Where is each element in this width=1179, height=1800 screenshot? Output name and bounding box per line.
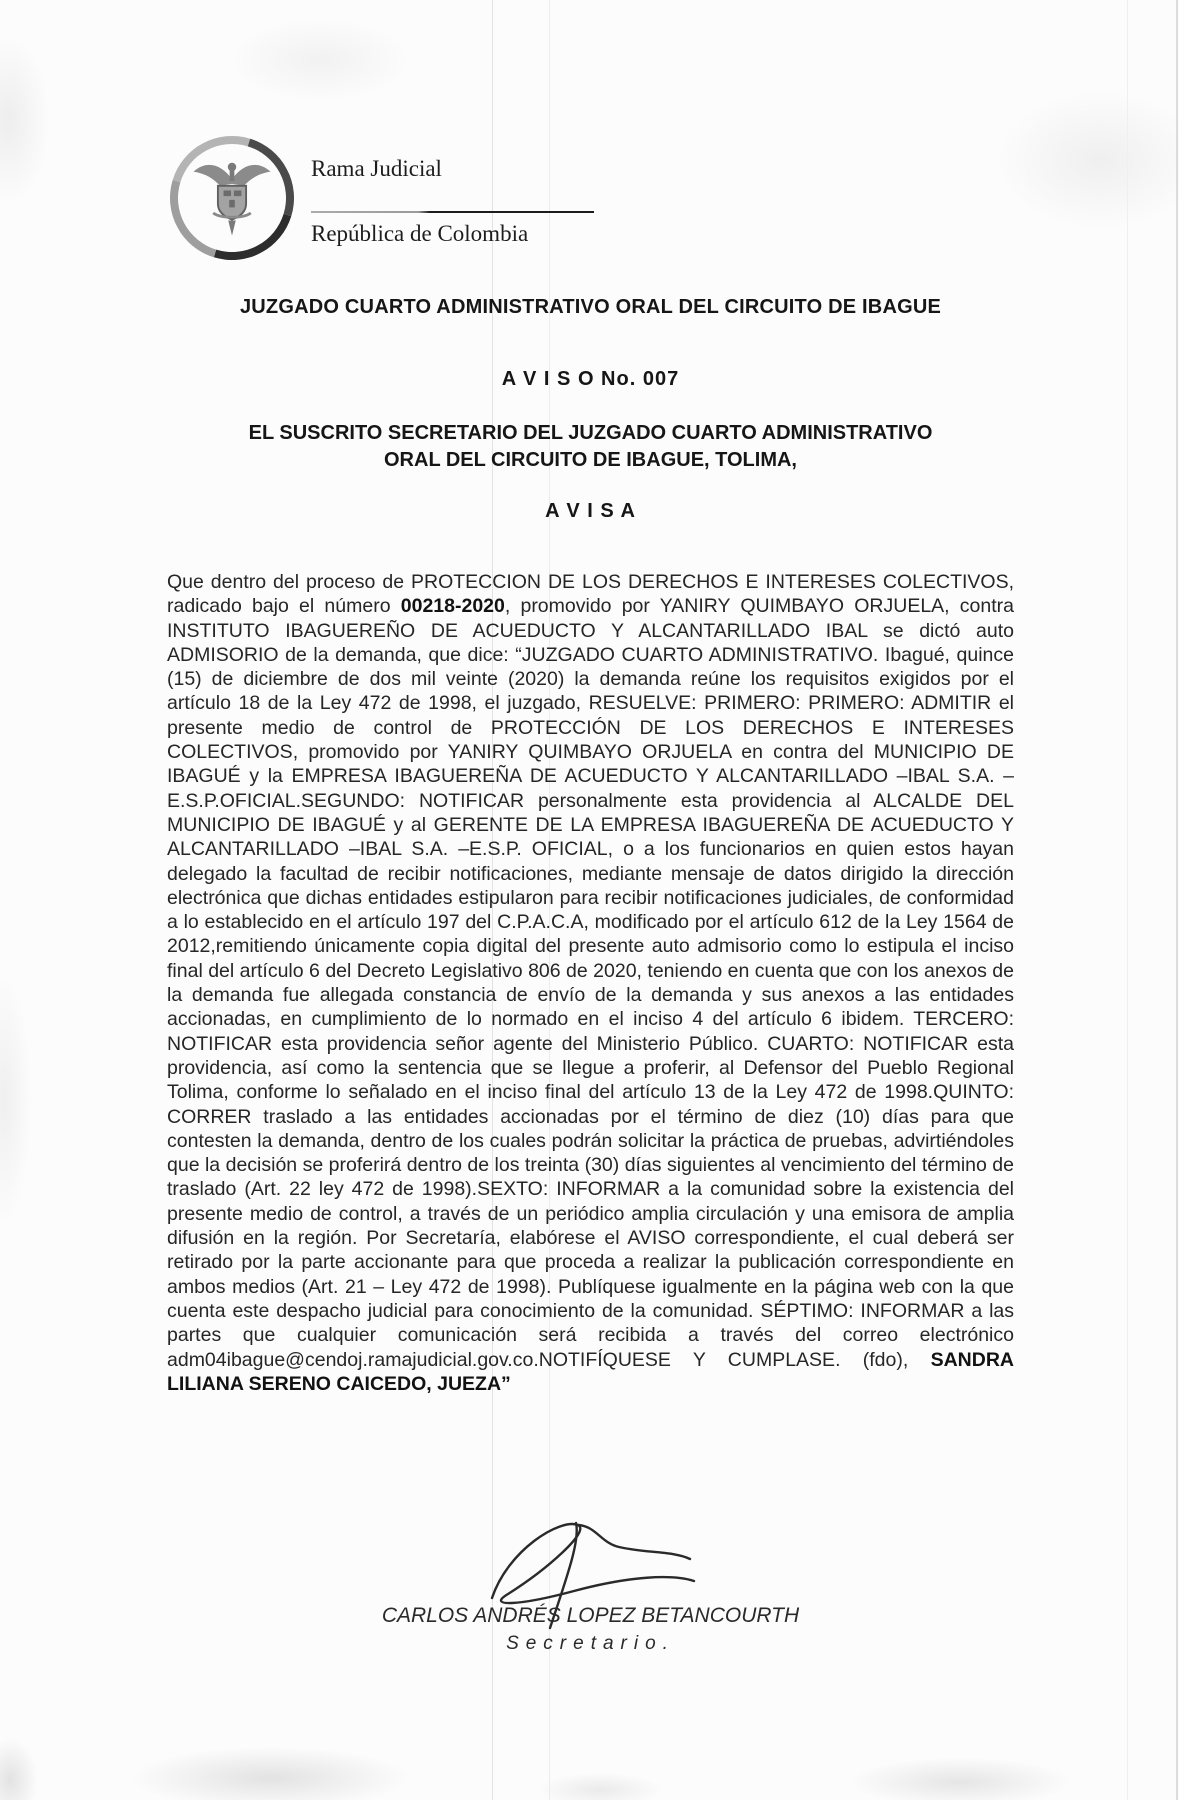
secretary-role: Secretario. xyxy=(167,1633,1014,1655)
case-number: 00218-2020 xyxy=(401,595,505,617)
notice-number: A V I S O No. 007 xyxy=(167,368,1014,391)
secretary-name: CARLOS ANDRÉS LOPEZ BETANCOURTH xyxy=(167,1604,1014,1628)
org-name: Rama Judicial xyxy=(311,156,442,182)
issuer-line-1: EL SUSCRITO SECRETARIO DEL JUZGADO CUART… xyxy=(167,420,1014,447)
page-edge-line xyxy=(1176,0,1178,1800)
scanned-notice-page: Rama Judicial República de Colombia JUZG… xyxy=(0,0,1179,1800)
issuer-line-2: ORAL DEL CIRCUITO DE IBAGUE, TOLIMA, xyxy=(167,447,1014,474)
header-divider xyxy=(311,211,594,213)
issuer-heading: EL SUSCRITO SECRETARIO DEL JUZGADO CUART… xyxy=(167,420,1014,474)
rama-judicial-seal xyxy=(170,136,294,260)
notice-body: Que dentro del proceso de PROTECCION DE … xyxy=(167,570,1014,1396)
colombia-coat-of-arms-icon xyxy=(185,149,279,247)
fold-line xyxy=(1127,0,1128,1800)
country-name: República de Colombia xyxy=(311,221,528,247)
body-segment: , promovido por YANIRY QUIMBAYO ORJUELA,… xyxy=(167,595,1014,1370)
announce-label: A V I S A xyxy=(167,500,1014,523)
court-title: JUZGADO CUARTO ADMINISTRATIVO ORAL DEL C… xyxy=(167,296,1014,319)
